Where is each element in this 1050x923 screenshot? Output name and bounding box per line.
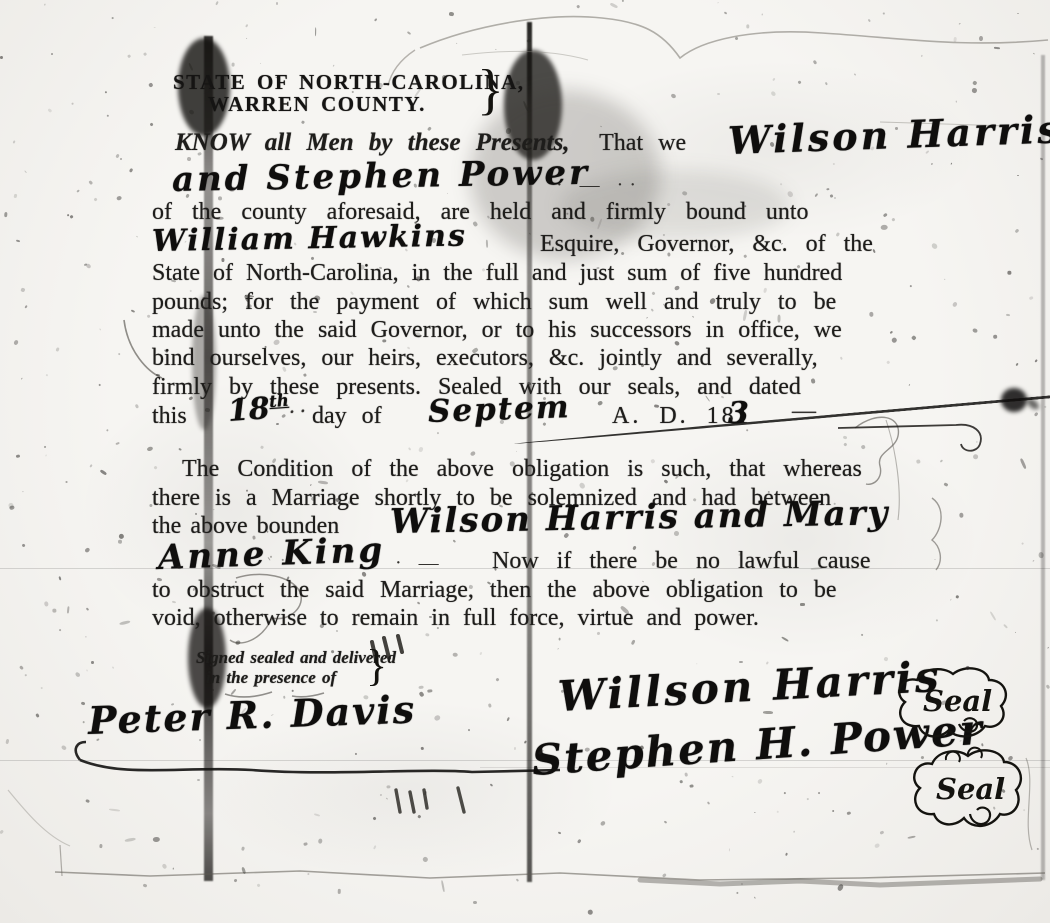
speckle	[754, 897, 756, 899]
bond-line-esquire: Esquire, Governor, &c. of the	[540, 231, 873, 258]
speckle	[874, 843, 880, 848]
speckle	[418, 446, 423, 452]
speckle	[495, 678, 499, 682]
attestation-line-2: in the presence of	[206, 668, 336, 688]
speckle	[419, 686, 424, 689]
speckle	[136, 236, 138, 238]
speckle	[936, 619, 938, 622]
handwritten-couple-2: Anne King	[157, 530, 386, 578]
date-day-of: day of	[312, 403, 382, 430]
speckle	[931, 242, 939, 250]
speckle	[818, 792, 820, 795]
speckle	[148, 82, 153, 87]
scratch-mark	[911, 335, 916, 340]
speckle	[1017, 175, 1019, 176]
speckle	[979, 36, 983, 41]
speckle	[993, 335, 998, 339]
speckle	[588, 910, 593, 915]
speckle	[734, 36, 738, 40]
speckle	[741, 883, 743, 885]
header-brace: }	[477, 62, 504, 118]
speckle	[952, 301, 958, 307]
speckle	[58, 576, 61, 580]
speckle	[883, 13, 885, 15]
speckle	[622, 0, 624, 2]
speckle	[48, 108, 53, 113]
speckle	[44, 4, 45, 6]
speckle	[66, 481, 68, 483]
speckle	[86, 607, 89, 610]
speckle	[754, 812, 756, 814]
speckle	[69, 215, 73, 219]
opening-roman: That we	[599, 130, 686, 156]
speckle	[1029, 296, 1033, 300]
speckle	[276, 2, 278, 5]
speckle	[757, 778, 763, 784]
speckle	[35, 713, 39, 718]
scratch-mark	[763, 711, 773, 714]
speckle	[13, 339, 19, 345]
speckle	[724, 11, 728, 14]
speckle	[56, 347, 60, 351]
speckle	[112, 17, 114, 19]
speckle	[257, 883, 261, 887]
speckle	[680, 780, 683, 783]
speckle	[452, 652, 458, 657]
speckle	[44, 601, 49, 607]
speckle	[77, 189, 80, 192]
speckle	[761, 13, 762, 15]
speckle	[631, 640, 635, 645]
speckle	[516, 451, 518, 452]
speckle	[456, 43, 458, 45]
speckle	[976, 441, 977, 443]
speckle	[128, 55, 132, 59]
speckle	[197, 779, 200, 781]
speckle	[1014, 228, 1019, 233]
speckle	[215, 1, 219, 5]
speckle	[437, 432, 440, 434]
speckle	[495, 49, 497, 50]
scratch-mark	[990, 611, 997, 621]
speckle	[973, 454, 978, 459]
speckle	[13, 140, 16, 143]
condition-dash: · —	[395, 552, 445, 575]
speckle	[1015, 363, 1019, 367]
speckle	[84, 264, 87, 267]
scratch-mark	[67, 606, 69, 613]
speckle	[93, 197, 97, 201]
speckle	[1035, 359, 1038, 362]
speckle	[840, 357, 843, 361]
speckle	[25, 305, 28, 308]
speckle	[1003, 624, 1008, 629]
speckle	[85, 799, 90, 803]
bond-line-state: State of North-Carolina, in the full and…	[152, 260, 842, 287]
speckle	[24, 170, 27, 173]
speckle	[1007, 271, 1012, 275]
speckle	[0, 56, 3, 59]
speckle	[576, 5, 580, 9]
speckle	[112, 667, 114, 669]
opening-italic: KNOW all Men by these Presents,	[175, 129, 570, 156]
speckle	[260, 63, 262, 65]
handwritten-governor-name: William Hawkins	[152, 219, 467, 259]
speckle	[22, 491, 24, 493]
seal-flourish-2: Seal	[906, 744, 1030, 838]
seal-loop	[970, 808, 990, 825]
speckle	[72, 103, 74, 105]
attestation-brace: }	[366, 644, 387, 688]
speckle	[107, 115, 109, 117]
speckle	[407, 31, 411, 35]
bond-line-pounds: pounds; for the payment of which sum wel…	[152, 289, 836, 316]
speckle	[16, 455, 20, 458]
speckle	[85, 263, 91, 269]
speckle	[785, 852, 788, 855]
speckle	[807, 798, 809, 800]
speckle	[449, 12, 454, 16]
speckle	[235, 640, 241, 646]
speckle	[557, 648, 559, 650]
speckle	[333, 65, 335, 67]
speckle	[374, 18, 378, 22]
speckle	[46, 374, 49, 377]
speckle	[972, 87, 978, 93]
speckle	[58, 629, 61, 632]
handwritten-day: 18th··	[227, 388, 312, 429]
speckle	[886, 763, 887, 765]
condition-line-1: The Condition of the above obligation is…	[182, 456, 862, 483]
scratch-mark	[427, 690, 433, 693]
speckle	[83, 721, 86, 724]
scratch-mark	[125, 837, 136, 842]
speckle	[732, 776, 734, 778]
scratch-mark	[408, 447, 412, 451]
speckle	[880, 830, 885, 834]
speckle	[959, 23, 961, 25]
condition-line-5: to obstruct the said Marriage, then the …	[152, 577, 837, 604]
speckle	[120, 158, 122, 160]
speckle	[736, 892, 739, 895]
speckle	[172, 867, 174, 869]
speckle	[717, 2, 719, 4]
speckle	[99, 328, 101, 331]
speckle	[86, 669, 87, 671]
speckle	[784, 792, 787, 794]
condition-line-6: void, otherwise to remain in full force,…	[152, 605, 759, 632]
speckle	[777, 811, 779, 813]
speckle	[144, 52, 148, 56]
speckle	[1017, 13, 1019, 14]
top-tear-edge	[420, 17, 1048, 58]
speckle	[116, 195, 122, 200]
speckle	[1034, 412, 1039, 417]
speckle	[161, 863, 167, 869]
seal-text: Seal	[936, 772, 1005, 806]
speckle	[52, 609, 57, 613]
speckle	[1033, 53, 1035, 55]
speckle	[99, 384, 101, 386]
seal-text: Seal	[923, 684, 992, 718]
scratch-mark	[994, 47, 1000, 49]
speckle	[747, 24, 750, 28]
speckle	[41, 687, 43, 689]
speckle	[837, 883, 845, 891]
speckle	[954, 37, 957, 42]
scratch-mark	[119, 620, 131, 626]
speckle	[245, 24, 248, 28]
scratch-mark	[315, 27, 317, 36]
speckle	[8, 502, 14, 508]
speckle	[106, 429, 109, 432]
scratch-mark	[231, 63, 234, 67]
bond-line-made: made unto the said Governor, or to his s…	[152, 317, 842, 344]
speckle	[25, 674, 27, 676]
handwritten-obligor-2: and Stephen Power	[172, 153, 591, 200]
speckle	[61, 745, 67, 751]
speckle	[20, 287, 25, 292]
bottom-tear-shadow	[640, 879, 1040, 885]
speckle	[479, 652, 482, 655]
fold-crease-right-edge	[1041, 55, 1045, 880]
header-county: WARREN COUNTY.	[208, 92, 426, 117]
speckle	[707, 801, 711, 805]
corner-crease	[8, 790, 70, 846]
speckle	[944, 279, 946, 280]
speckle	[302, 120, 306, 124]
tear-corner	[60, 845, 62, 876]
speckle	[664, 820, 667, 823]
speckle	[143, 883, 147, 887]
speckle	[21, 543, 25, 547]
scratch-mark	[338, 889, 341, 894]
speckle	[85, 636, 87, 638]
speckle	[199, 739, 202, 742]
speckle	[972, 80, 977, 85]
speckle	[473, 901, 477, 904]
speckle	[1022, 543, 1024, 545]
scratch-mark	[109, 808, 120, 811]
speckle	[5, 739, 9, 744]
speckle	[246, 38, 248, 40]
speckle	[558, 638, 560, 641]
speckle	[115, 154, 120, 159]
date-this: this	[152, 403, 187, 430]
speckle	[89, 180, 93, 184]
speckle	[662, 873, 667, 878]
speckle	[910, 285, 912, 287]
scan-line	[0, 760, 1050, 761]
speckle	[921, 55, 923, 57]
speckle	[105, 91, 107, 93]
scratch-mark	[486, 240, 488, 248]
scratch-mark	[1020, 458, 1027, 469]
scratch-mark	[14, 194, 18, 198]
speckle	[972, 328, 978, 334]
seal-flourish-1: Seal	[891, 664, 1013, 744]
speckle	[1047, 646, 1049, 648]
speckle	[832, 810, 834, 812]
handwritten-year-digit: 3	[728, 396, 749, 431]
speckle	[597, 632, 601, 636]
speckle	[867, 19, 871, 23]
speckle	[234, 879, 238, 883]
speckle	[154, 27, 156, 28]
speckle	[891, 337, 898, 344]
date-dash: —	[792, 398, 816, 425]
bond-line-bind: bind ourselves, our heirs, executors, &c…	[152, 345, 818, 372]
speckle	[149, 122, 153, 126]
speckle	[418, 691, 424, 697]
marriage-bond-document: STATE OF NORTH-CAROLINA, WARREN COUNTY. …	[0, 0, 1050, 923]
speckle	[19, 665, 24, 670]
speckle	[118, 353, 121, 356]
speckle	[45, 454, 46, 456]
speckle	[241, 846, 245, 851]
scratch-mark	[610, 2, 618, 8]
speckle	[91, 661, 94, 664]
speckle	[44, 446, 47, 449]
speckle	[307, 873, 310, 876]
speckle	[9, 505, 15, 510]
speckle	[66, 214, 69, 217]
speckle	[21, 378, 23, 380]
speckle	[728, 848, 730, 851]
day-ordinal-suffix: th	[268, 391, 289, 411]
speckle	[81, 701, 86, 705]
speckle	[75, 671, 81, 677]
speckle	[1006, 314, 1010, 317]
speckle	[51, 53, 53, 56]
flourish-dots: · — ··	[556, 174, 642, 197]
speckle	[1033, 560, 1035, 562]
speckle	[0, 829, 4, 834]
condition-line-4: Now if there be no lawful cause	[492, 548, 871, 575]
speckle	[955, 101, 957, 103]
speckle	[516, 878, 519, 881]
scratch-mark	[241, 867, 246, 875]
speckle	[425, 633, 429, 637]
speckle	[131, 309, 135, 312]
speckle	[1046, 684, 1050, 689]
scratch-mark	[4, 212, 8, 217]
speckle	[16, 239, 21, 242]
speckle	[847, 811, 852, 815]
seal-loop	[959, 718, 977, 731]
speckle	[147, 314, 151, 318]
speckle	[869, 312, 873, 317]
speckle	[1037, 848, 1039, 850]
speckle	[886, 360, 890, 364]
speckle	[1015, 632, 1017, 633]
speckle	[793, 831, 795, 833]
speckle	[690, 785, 694, 788]
speckle	[890, 330, 894, 333]
speckle	[100, 844, 103, 848]
seal-top-loops	[946, 748, 982, 762]
speckle	[153, 837, 160, 842]
speckle	[940, 459, 943, 462]
scratch-mark	[441, 880, 445, 892]
speckle	[129, 168, 133, 173]
